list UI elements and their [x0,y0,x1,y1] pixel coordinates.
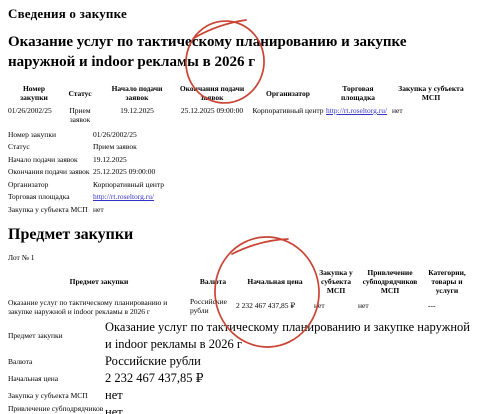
detail-row-start-date: Начало подачи заявок 19.12.2025 [8,153,472,166]
column-header-subcontractors: Привлечение субподрядчиков МСП [358,268,422,296]
detail-label: Организатор [8,180,93,189]
detail-label: Окончания подачи заявок [8,167,93,176]
lot-currency-cell: Российские рубли [190,296,236,316]
page-title: Сведения о закупке [8,6,472,22]
detail-row-currency: Валюта Российские рубли [8,353,472,370]
column-header-msp: Закупка у субъекта МСП [390,83,472,103]
purchase-organizer-cell: Корпоративный центр [250,103,326,124]
column-header-start-date: Начало подачи заявок [100,83,174,103]
detail-value: нет [105,404,472,414]
detail-value: нет [105,387,472,404]
detail-row-end-date: Окончания подачи заявок 25.12.2025 09:00… [8,166,472,179]
lot-table: Предмет закупки Валюта Начальная цена За… [8,268,472,316]
detail-value: Оказание услуг по тактическому планирова… [105,319,472,353]
detail-value: 01/26/2002/25 [93,130,472,139]
detail-label: Начало подачи заявок [8,155,93,164]
detail-label: Привлечение субподрядчиков МСП [8,404,105,414]
detail-value: http://rt.roseltorg.ru/ [93,192,472,201]
purchase-summary-table: Номер закупки Статус Начало подачи заяво… [8,83,472,124]
lot-msp-cell: нет [314,296,358,316]
column-header-subject: Предмет закупки [8,268,190,296]
column-header-end-date: Окончания подачи заявок [174,83,250,103]
lot-subject-cell: Оказание услуг по тактическому планирова… [8,296,190,316]
purchase-platform-cell: http://rt.roseltorg.ru/ [326,103,390,124]
lot-categories-cell: --- [422,296,472,316]
detail-value: 19.12.2025 [93,155,472,164]
column-header-number: Номер закупки [8,83,60,103]
purchase-start-date-cell: 19.12.2025 [100,103,174,124]
detail-row-status: Статус Прием заявок [8,141,472,154]
purchase-number-cell: 01/26/2002/25 [8,103,60,124]
detail-value: Корпоративный центр [93,180,472,189]
column-header-msp: Закупка у субъекта МСП [314,268,358,296]
detail-row-number: Номер закупки 01/26/2002/25 [8,128,472,141]
purchase-msp-cell: нет [390,103,472,124]
purchase-status-cell: Прием заявок [60,103,100,124]
purchase-details-list: Номер закупки 01/26/2002/25 Статус Прием… [8,128,472,216]
column-header-categories: Категории, товары и услуги [422,268,472,296]
detail-label: Валюта [8,357,105,366]
detail-value: нет [93,205,472,214]
detail-label: Начальная цена [8,374,105,383]
platform-link[interactable]: http://rt.roseltorg.ru/ [93,192,154,201]
purchase-end-date-cell: 25.12.2025 09:00:00 [174,103,250,124]
column-header-platform: Торговая площадка [326,83,390,103]
detail-label: Номер закупки [8,130,93,139]
lot-subcontractors-cell: нет [358,296,422,316]
column-header-status: Статус [60,83,100,103]
lot-number-label: Лот № 1 [8,253,472,262]
purchase-name-heading: Оказание услуг по тактическому планирова… [8,32,456,72]
detail-row-subject: Предмет закупки Оказание услуг по тактич… [8,319,472,353]
lot-details-list: Предмет закупки Оказание услуг по тактич… [8,319,472,414]
platform-link[interactable]: http://rt.roseltorg.ru/ [326,106,387,115]
detail-row-start-price: Начальная цена 2 232 467 437,85 ₽ [8,370,472,387]
detail-label: Статус [8,142,93,151]
detail-row-msp: Закупка у субъекта МСП нет [8,387,472,404]
procurement-info-page: Сведения о закупке Оказание услуг по так… [0,0,480,414]
column-header-currency: Валюта [190,268,236,296]
detail-label: Закупка у субъекта МСП [8,391,105,400]
detail-row-subcontractors: Привлечение субподрядчиков МСП нет [8,404,472,414]
detail-label: Предмет закупки [8,331,105,340]
column-header-organizer: Организатор [250,83,326,103]
column-header-start-price: Начальная цена [236,268,314,296]
detail-label: Закупка у субъекта МСП [8,205,93,214]
detail-value: Прием заявок [93,142,472,151]
detail-row-organizer: Организатор Корпоративный центр [8,178,472,191]
detail-value: 25.12.2025 09:00:00 [93,167,472,176]
detail-label: Торговая площадка [8,192,93,201]
lot-section-title: Предмет закупки [8,226,472,244]
detail-value: 2 232 467 437,85 ₽ [105,370,472,387]
detail-value: Российские рубли [105,353,472,370]
detail-row-msp: Закупка у субъекта МСП нет [8,203,472,216]
lot-price-cell: 2 232 467 437,85 ₽ [236,296,314,316]
detail-row-platform: Торговая площадка http://rt.roseltorg.ru… [8,191,472,204]
